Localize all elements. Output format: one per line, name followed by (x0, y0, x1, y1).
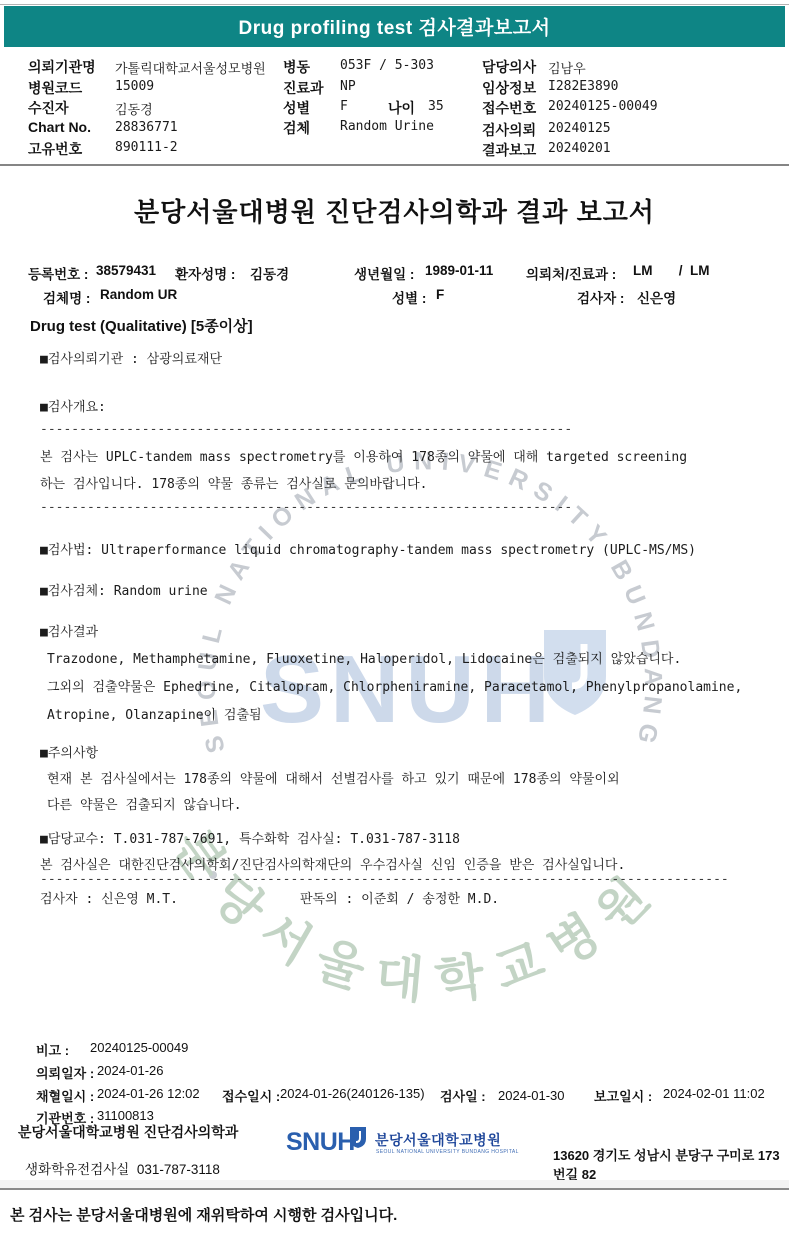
patient-dept-value: LM / LM (633, 263, 710, 278)
field-value-dept: NP (340, 79, 356, 94)
patient-examiner-label: 검사자 : (577, 287, 624, 307)
field-value-hospital-code: 15009 (115, 79, 154, 94)
body-line-method: ■검사법: Ultraperformance liquid chromatogr… (40, 539, 696, 558)
field-label-specimen: 검체 (283, 118, 310, 138)
patient-birth-label: 생년월일 : (354, 263, 414, 283)
field-label-sex: 성별 (283, 98, 310, 118)
field-value-report-date: 20240201 (548, 141, 611, 156)
footer-test-date-label: 검사일 : (440, 1086, 486, 1105)
field-value-receipt-no: 20240125-00049 (548, 99, 658, 114)
report-title: 분당서울대병원 진단검사의학과 결과 보고서 (0, 192, 789, 229)
separator-line-long: ----------------------------------------… (40, 872, 729, 887)
patient-specimen-value: Random UR (100, 287, 177, 302)
snuh-hospital-caption: SEOUL NATIONAL UNIVERSITY BUNDANG HOSPIT… (376, 1149, 519, 1155)
field-value-doctor: 김남우 (548, 58, 586, 77)
footer-report-date-label: 보고일시 : (594, 1086, 652, 1105)
body-line-specimen: ■검사검체: Random urine (40, 580, 208, 599)
snuh-shield-icon (349, 1126, 367, 1149)
test-name-heading: Drug test (Qualitative) [5종이상] (30, 315, 253, 336)
footer-collect-value: 2024-01-26 12:02 (97, 1086, 200, 1101)
body-line-result-detected-2: Atropine, Olanzapine이 검출됨 (47, 704, 262, 723)
patient-sex-value: F (436, 287, 444, 302)
body-line-result-detected-1: 그외의 검출약물은 Ephedrine, Citalopram, Chlorph… (47, 676, 742, 695)
field-value-specimen: Random Urine (340, 119, 434, 134)
body-line-result-negative: Trazodone, Methamphetamine, Fluoxetine, … (47, 648, 681, 667)
field-value-ward: 053F / 5-303 (340, 58, 434, 73)
field-value-clinical-info: I282E3890 (548, 79, 618, 94)
body-line-caution-1: 현재 본 검사실에서는 178종의 약물에 대해서 선별검사를 하고 있기 때문… (47, 768, 620, 787)
field-label-chart-no: Chart No. (28, 119, 91, 135)
field-label-patient: 수진자 (28, 98, 69, 118)
snuh-hospital-name: 분당서울대학교병원 (375, 1130, 501, 1150)
footer-department-line1: 분당서울대학교병원 진단검사의학과 (18, 1122, 238, 1142)
separator-line: ----------------------------------------… (40, 500, 572, 515)
body-line-overview-2: 하는 검사입니다. 178종의 약물 종류는 검사실로 문의바랍니다. (40, 473, 428, 492)
patient-reg-value: 38579431 (96, 263, 156, 278)
body-line-caution-2: 다른 약물은 검출되지 않습니다. (47, 794, 242, 813)
footer-receipt-label: 접수일시 : (222, 1086, 280, 1105)
body-line-overview-heading: ■검사개요: (40, 396, 106, 415)
patient-specimen-label: 검체명 : (43, 287, 90, 307)
field-label-receipt-no: 접수번호 (482, 98, 536, 118)
field-label-order-date: 검사의뢰 (482, 120, 536, 140)
outsourcing-disclaimer: 본 검사는 분당서울대병원에 재위탁하여 시행한 검사입니다. (10, 1204, 397, 1225)
body-line-accreditation: 본 검사실은 대한진단검사의학회/진단검사의학재단의 우수검사실 신임 인증을 … (40, 854, 625, 873)
field-label-request-org: 의뢰기관명 (28, 57, 96, 77)
field-label-doctor: 담당의사 (482, 57, 536, 77)
footer-org-value: 31100813 (97, 1108, 154, 1123)
patient-name-value: 김동경 (250, 263, 289, 283)
field-value-unique-no: 890111-2 (115, 140, 178, 155)
field-label-report-date: 결과보고 (482, 140, 536, 160)
body-line-caution-heading: ■주의사항 (40, 742, 98, 761)
footer-request-date-label: 의뢰일자 : (36, 1063, 94, 1082)
field-label-ward: 병동 (283, 57, 310, 77)
top-border-line (0, 4, 789, 5)
footer-collect-label: 채혈일시 : (36, 1086, 94, 1105)
field-value-age: 35 (428, 99, 444, 114)
field-value-request-org: 가톨릭대학교서울성모병원 (115, 58, 266, 77)
patient-birth-value: 1989-01-11 (425, 263, 493, 278)
patient-examiner-value: 신은영 (637, 287, 676, 307)
footer-note-label: 비고 : (36, 1040, 69, 1059)
field-value-sex: F (340, 99, 348, 114)
body-line-request-org: ■검사의뢰기관 : 삼광의료재단 (40, 348, 222, 367)
footer-report-date-value: 2024-02-01 11:02 (663, 1086, 765, 1101)
body-line-result-heading: ■검사결과 (40, 621, 98, 640)
drug-profiling-report: { "title_bar": { "title": "Drug profilin… (0, 0, 789, 1241)
title-bar: Drug profiling test 검사결과보고서 (4, 6, 785, 47)
field-label-hospital-code: 병원코드 (28, 78, 82, 98)
footer-department-line2: 생화학유전검사실 031-787-3118 (25, 1158, 220, 1178)
field-label-dept: 진료과 (283, 78, 324, 98)
body-line-contact: ■담당교수: T.031-787-7691, 특수화학 검사실: T.031-7… (40, 828, 460, 847)
patient-sex-label: 성별 : (392, 287, 426, 307)
signature-examiner: 검사자 : 신은영 M.T. (40, 888, 178, 907)
footer-band (0, 1180, 789, 1188)
field-label-unique-no: 고유번호 (28, 139, 82, 159)
footer-note-value: 20240125-00049 (90, 1040, 188, 1055)
footer-request-date-value: 2024-01-26 (97, 1063, 164, 1078)
field-label-clinical-info: 임상정보 (482, 78, 536, 98)
hospital-address: 13620 경기도 성남시 분당구 구미로 173번길 82 (553, 1145, 789, 1183)
patient-dept-label: 의뢰처/진료과 : (526, 263, 616, 283)
title-bar-text: Drug profiling test 검사결과보고서 (239, 13, 551, 40)
field-value-chart-no: 28836771 (115, 120, 178, 135)
snuh-logo-text: SNUH (286, 1128, 355, 1157)
watermark-korean-text: 분당서울대학교병원 (163, 819, 671, 1010)
footer-divider (0, 1188, 789, 1190)
signature-reader: 판독의 : 이준회 / 송정한 M.D. (300, 888, 499, 907)
separator-line: ----------------------------------------… (40, 422, 572, 437)
field-value-order-date: 20240125 (548, 121, 611, 136)
header-divider (0, 164, 789, 166)
footer-test-date-value: 2024-01-30 (498, 1088, 565, 1103)
patient-name-label: 환자성명 : (175, 263, 235, 283)
field-value-patient: 김동경 (115, 99, 153, 118)
body-line-overview-1: 본 검사는 UPLC-tandem mass spectrometry를 이용하… (40, 446, 687, 465)
patient-reg-label: 등록번호 : (28, 263, 88, 283)
field-label-age: 나이 (388, 98, 415, 118)
footer-receipt-value: 2024-01-26(240126-135) (280, 1086, 425, 1101)
